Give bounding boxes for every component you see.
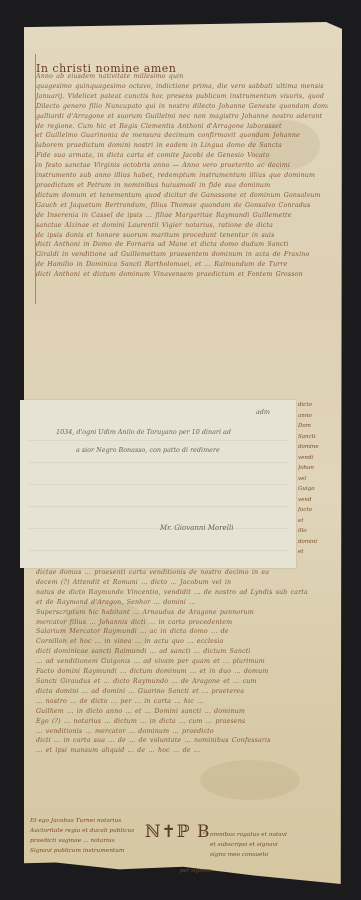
- text-line: dicta domini ... ad domini ... Guarino S…: [36, 687, 328, 697]
- text-line: praedictum et Petrum in nominibus huiusm…: [36, 181, 328, 191]
- strip-fragment: illo: [298, 526, 334, 537]
- text-line: ... nostro ... de dicto ... per ... in c…: [36, 697, 328, 707]
- text-line: Guilhem ... in dicto anno ... et ... Dom…: [36, 707, 328, 717]
- strip-fragment: Sancti: [298, 432, 334, 443]
- lower-text: dictae domus ... praesenti carta venditi…: [36, 568, 328, 756]
- strip-fragment: vend: [298, 495, 334, 506]
- text-line: dictae domus ... praesenti carta venditi…: [36, 568, 328, 578]
- strip-fragment: dicto: [298, 400, 334, 411]
- subscription-line: Et ego Jacobus Turnei notarius: [30, 816, 135, 826]
- subscription-line: signo meo consueto: [210, 850, 325, 860]
- strip-fragment: domine: [298, 442, 334, 453]
- strip-fragment: vel: [298, 474, 334, 485]
- text-line: dicti Anthoni et dictum dominum Vinavens…: [36, 270, 328, 280]
- text-line: sanctae Alzinae et domini Laurentii Vigi…: [36, 221, 328, 231]
- strip-fragment: Dom: [298, 421, 334, 432]
- text-line: ... et ipsi mansum aliquid ... de ... ho…: [36, 746, 328, 756]
- text-line: Anno ab eiusdem nativitate millesimo qui…: [36, 72, 328, 82]
- text-line: Sancti Giraudus et ... dicto Raymundo ..…: [36, 677, 328, 687]
- text-line: ... venditionis ... mercator ... dominum…: [36, 727, 328, 737]
- notary-subscription-right: omnibus rogatus et notaviet subscripsi e…: [210, 830, 325, 860]
- notary-bottom-word: per signum: [180, 868, 212, 874]
- attached-note: adm 1034, d'ogni Udim Anilo de Toruyano …: [20, 400, 296, 568]
- strip-fragment: domini: [298, 537, 334, 548]
- strip-fragment: et: [298, 516, 334, 527]
- strip-fragment: et: [298, 547, 334, 558]
- subscription-line: omnibus rogatus et notavi: [210, 830, 325, 840]
- note-line-1: 1034, d'ogni Udim Anilo de Toruyano per …: [56, 428, 231, 436]
- text-line: de Hamilio in Dominica Sancti Bartholoma…: [36, 260, 328, 270]
- text-line: in festo sanctae Virginis octobris anno …: [36, 161, 328, 171]
- text-line: dicti dominicae sancti Raimundi ... ad s…: [36, 647, 328, 657]
- text-line: mercator filius ... Johannis dicti ... i…: [36, 618, 328, 628]
- text-line: Cornillon et hoc ... in vinea ... in act…: [36, 637, 328, 647]
- notary-subscription-left: Et ego Jacobus Turnei notariusAuctoritat…: [30, 816, 135, 856]
- right-strip-text: dictoannoDomSanctidominevendiJohanvelGui…: [298, 400, 334, 568]
- text-line: instrumento sub anno illius habet, redem…: [36, 171, 328, 181]
- text-line: decem (?) Attendit et Romani ... dicto .…: [36, 578, 328, 588]
- text-line: Ego (?) ... notarius ... dictum ... in d…: [36, 717, 328, 727]
- text-line: ... ad venditionem Guigonis ... ad vivam…: [36, 657, 328, 667]
- subscription-line: et subscripsi et signavi: [210, 840, 325, 850]
- text-line: de regione. Cum hic et Regis Clementis A…: [36, 122, 328, 132]
- text-line: Januarij. Videlicet pateat cunctis hoc p…: [36, 92, 328, 102]
- note-line-2: a sior Negro Bonasso, con patto di redim…: [76, 446, 220, 454]
- text-line: dicti ... in carta sua ... de ... de vol…: [36, 736, 328, 746]
- text-line: laborem praedictum domini nostri in eade…: [36, 141, 328, 151]
- subscription-line: praedicti vaginae ... notarius: [30, 836, 135, 846]
- text-line: Fide sua armata, in dicta carta et comit…: [36, 151, 328, 161]
- text-line: et de Raymond d'Aragon, Senhor ... domin…: [36, 598, 328, 608]
- upper-text: Anno ab eiusdem nativitate millesimo qui…: [36, 72, 328, 280]
- text-line: Dilecto genero filio Nuncupato qui in no…: [36, 102, 328, 112]
- strip-fragment: Johan: [298, 463, 334, 474]
- notary-signum: ℕ✝ℙ B: [145, 822, 210, 842]
- text-line: natus de dicto Raymundo Vincentio, vendi…: [36, 588, 328, 598]
- text-line: Facto domini Raymundi ... dictum dominum…: [36, 667, 328, 677]
- note-signature: Mr. Giovanni Morelli: [160, 524, 233, 532]
- text-line: Giraldi in venditione ad Guillemettam pr…: [36, 250, 328, 260]
- subscription-line: Signavi publicum instrumentum: [30, 846, 135, 856]
- text-line: Superscriptum hic habitant ... Arnaudus …: [36, 608, 328, 618]
- strip-fragment: facto: [298, 505, 334, 516]
- strip-fragment: anno: [298, 411, 334, 422]
- text-line: quagesimo quinquagesimo octavo, indictio…: [36, 82, 328, 92]
- strip-fragment: Guigo: [298, 484, 334, 495]
- text-line: Salarium Mercator Raymundi ... ac in dic…: [36, 627, 328, 637]
- subscription-line: Auctoritate regia et ducali publicus: [30, 826, 135, 836]
- stain: [200, 760, 300, 800]
- text-line: de Inserenia in Cassel de ipsis ... fili…: [36, 211, 328, 221]
- text-line: Gauch et Jaquetum Bertrandum, filius Tho…: [36, 201, 328, 211]
- text-line: dictum domum et tenementum quod dicitur …: [36, 191, 328, 201]
- signum-suffix: s.: [203, 830, 207, 836]
- text-line: de ipsis donis et honore suorum maritum …: [36, 231, 328, 241]
- note-top-word: adm: [256, 408, 270, 416]
- text-line: dicti Anthoni in Domo de Fornaris ad Man…: [36, 240, 328, 250]
- text-line: et Guillelmo Guarinonia de mensura decim…: [36, 131, 328, 141]
- strip-fragment: vendi: [298, 453, 334, 464]
- text-line: galliardi d'Arragone et suorum Guillelmi…: [36, 112, 328, 122]
